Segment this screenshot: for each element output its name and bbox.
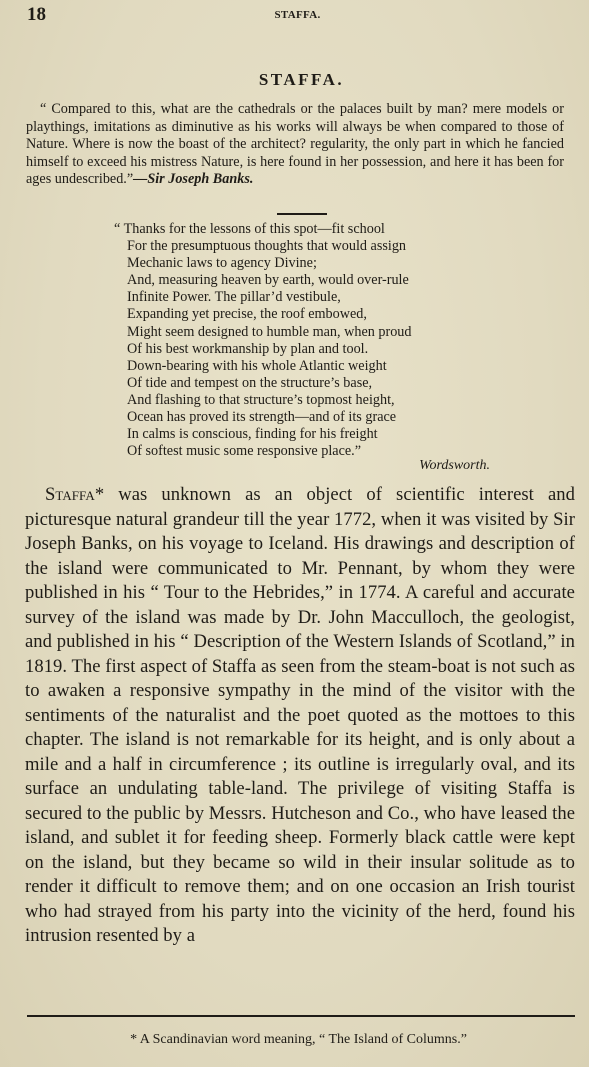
poem-line: Down-bearing with his whole Atlantic wei… (127, 358, 507, 375)
poem-line: “ Thanks for the lessons of this spot—fi… (114, 221, 507, 238)
lead-word: Staffa (45, 484, 95, 505)
footnote-marker: * (95, 484, 104, 505)
running-head: 18 STAFFA. (0, 2, 589, 26)
footnote: * A Scandinavian word meaning, “ The Isl… (0, 1032, 589, 1048)
body-text: was unknown as an object of scientific i… (25, 484, 575, 946)
epigraph-prose-attribution: —Sir Joseph Banks. (133, 171, 253, 187)
poem-line: Of his best workmanship by plan and tool… (127, 341, 507, 358)
body-paragraph: Staffa* was unknown as an object of scie… (25, 483, 575, 949)
poem-line: Might seem designed to humble man, when … (127, 324, 507, 341)
poem-line: Mechanic laws to agency Divine; (127, 255, 507, 272)
epigraph-poem: “ Thanks for the lessons of this spot—fi… (127, 221, 507, 460)
epigraph-prose-text: “ Compared to this, what are the cathedr… (26, 101, 564, 187)
chapter-title: STAFFA. (0, 70, 589, 90)
poem-line: Infinite Power. The pillar’d vestibule, (127, 289, 507, 306)
poem-line: Ocean has proved its strength—and of its… (127, 409, 507, 426)
poem-line: And, measuring heaven by earth, would ov… (127, 272, 507, 289)
book-page: 18 STAFFA. STAFFA. “ Compared to this, w… (0, 0, 589, 1067)
running-title: STAFFA. (0, 9, 589, 21)
poem-line: For the presumptuous thoughts that would… (127, 238, 507, 255)
poem-attribution: Wordsworth. (0, 458, 490, 474)
poem-line: In calms is conscious, finding for his f… (127, 426, 507, 443)
poem-line: And flashing to that structure’s topmost… (127, 392, 507, 409)
footnote-divider (27, 1015, 575, 1017)
epigraph-prose: “ Compared to this, what are the cathedr… (26, 101, 564, 189)
epigraph-divider (277, 213, 327, 215)
poem-line: Of tide and tempest on the structure’s b… (127, 375, 507, 392)
poem-line: Expanding yet precise, the roof embowed, (127, 306, 507, 323)
